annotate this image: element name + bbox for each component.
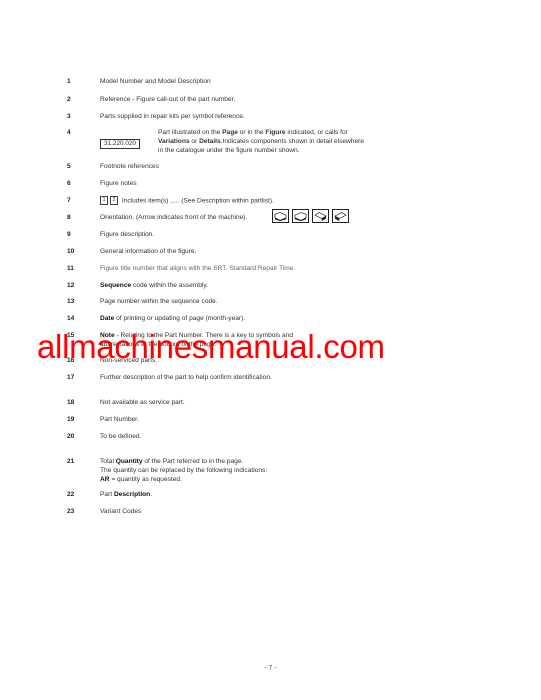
item-text: Part Description.: [100, 490, 152, 499]
item-text: Reference - Figure call-out of the part …: [100, 95, 235, 104]
item-number: 12: [67, 281, 74, 290]
item-text: Model Number and Model Description: [100, 77, 211, 86]
watermark: allmachinesmanual.com: [37, 328, 385, 366]
item-number: 4: [67, 128, 71, 137]
legend-item-21: 21 Total Quantity of the Part referred t…: [0, 457, 541, 485]
legend-item-4: 4 31.220.020 Part illustrated on the Pag…: [0, 128, 541, 158]
item-number: 3: [67, 112, 71, 121]
item-number: 14: [67, 314, 74, 323]
item-number: 2: [67, 95, 71, 104]
item-text: Figure title number that aligns with the…: [100, 264, 295, 273]
item-text: Footnote references: [100, 162, 159, 171]
item-number: 22: [67, 490, 74, 499]
item-text: Not available as service part.: [100, 398, 185, 407]
item-number: 18: [67, 398, 74, 407]
item-4-description: Part illustrated on the Page or in the F…: [158, 128, 364, 155]
item-number: 5: [67, 162, 71, 171]
item-number: 20: [67, 432, 74, 441]
item-number: 17: [67, 373, 74, 382]
item-text: Date of printing or updating of page (mo…: [100, 314, 245, 323]
item-number: 23: [67, 507, 74, 516]
orientation-rear-right-icon: [332, 209, 349, 223]
item-number: 11: [67, 264, 74, 273]
orientation-rear-left-icon: [312, 209, 329, 223]
item-text: General information of the figure.: [100, 247, 196, 256]
item-number: 8: [67, 213, 71, 222]
item-number: 1: [67, 77, 71, 86]
item-number: 9: [67, 230, 71, 239]
item-text: Orientation. (Arrow indicates front of t…: [100, 213, 247, 222]
item-text: To be defined.: [100, 432, 141, 441]
item-text: Sequence code within the assembly.: [100, 281, 208, 290]
orientation-icons: [272, 209, 349, 223]
item-number: 21: [67, 457, 74, 466]
orientation-front-left-icon: [272, 209, 289, 223]
item-text: Parts supplied in repair kits per symbol…: [100, 112, 245, 121]
reference-box: 31.220.020: [100, 139, 140, 149]
item-number: 10: [67, 247, 74, 256]
item-text: Part Number.: [100, 415, 139, 424]
page-number: - 7 -: [0, 665, 541, 672]
item-number: 7: [67, 196, 71, 205]
item-number: 13: [67, 297, 74, 306]
item-box-1: 1: [100, 196, 108, 205]
item-text: Page number within the sequence code.: [100, 297, 218, 306]
item-text: Total Quantity of the Part referred to i…: [100, 457, 267, 484]
item-number: 19: [67, 415, 74, 424]
item-number: 6: [67, 179, 71, 188]
item-text: Figure notes: [100, 179, 137, 188]
item-text: Figure description.: [100, 230, 154, 239]
orientation-front-right-icon: [292, 209, 309, 223]
item-text: Further description of the part to help …: [100, 373, 272, 382]
item-text: 12 Includes item(s) ..... (See Descripti…: [100, 196, 274, 205]
item-box-2: 2: [110, 196, 118, 205]
item-text: Variant Codes: [100, 507, 141, 516]
